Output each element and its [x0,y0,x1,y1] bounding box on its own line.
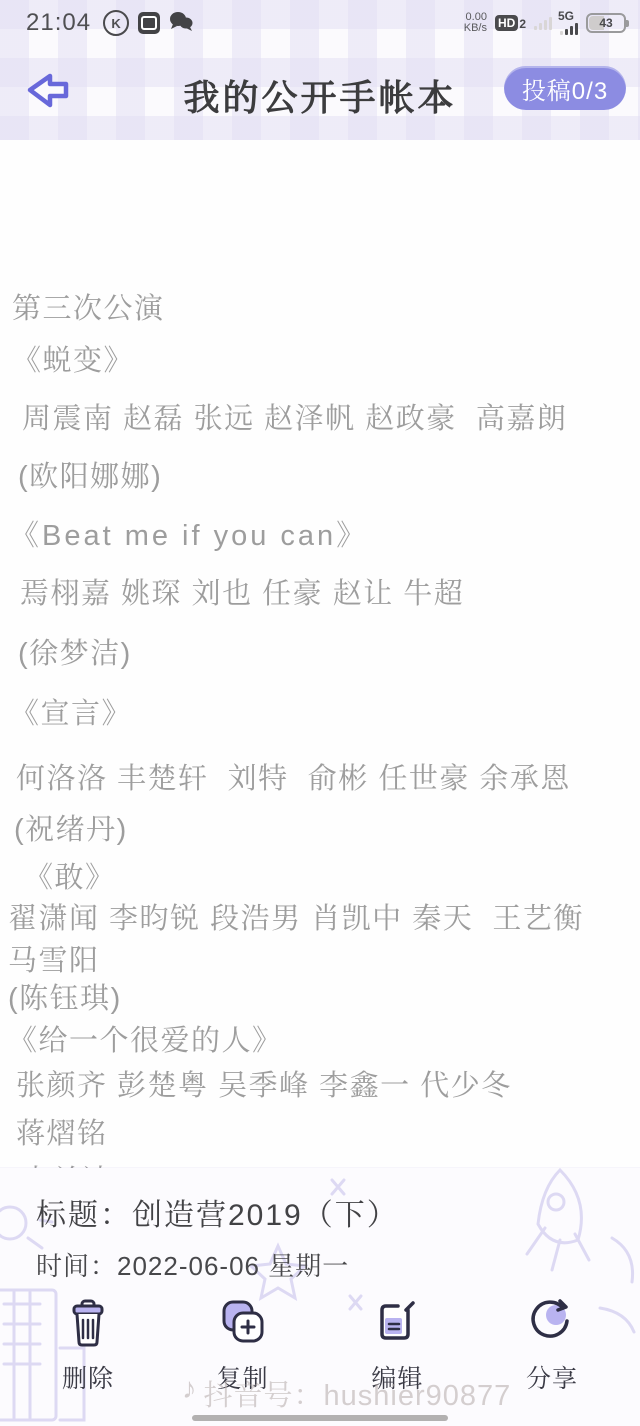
edit-icon [372,1298,422,1351]
note-content: 第三次公演 《蜕变》 周震南 赵磊 张远 赵泽帆 赵政豪 高嘉朗 (欧阳娜娜) … [0,140,640,1168]
app-notification-icon [138,12,160,34]
battery-icon: 43 [586,13,626,33]
wechat-icon [169,10,193,37]
note-line: 《蜕变》 [12,345,134,377]
note-line: (欧阳娜娜) [18,461,162,493]
battery-percent: 43 [588,16,624,30]
edit-button[interactable]: 编辑 [371,1298,423,1395]
note-line: 《给一个很爱的人》 [8,1025,283,1057]
trash-icon [63,1298,113,1351]
clock-time: 21:04 [26,9,91,37]
share-button[interactable]: 分享 [526,1298,578,1395]
signal-sim1-icon [534,16,552,30]
copy-label: 复制 [217,1359,269,1395]
note-line: 蒋熠铭 [16,1118,108,1150]
signal-sim2-icon: 5G [560,11,578,35]
copy-icon [218,1298,268,1351]
network-speed: 0.00 KB/s [464,12,487,34]
note-line: (陈钰琪) [8,983,122,1015]
status-bar: 21:04 K 0.00 KB/s HD 2 5G [0,0,640,46]
note-line: 《宣言》 [10,698,132,730]
note-line: 马雪阳 [8,945,100,977]
note-line: 第三次公演 [12,293,165,325]
note-line: 《敢》 [24,862,116,894]
note-line: 翟潇闻 李昀锐 段浩男 肖凯中 秦天 王艺衡 [8,903,584,935]
note-line: 《Beat me if you can》 [10,520,368,552]
share-icon [527,1298,577,1351]
edit-label: 编辑 [371,1359,423,1395]
hd-voice-icon: HD 2 [495,15,526,31]
note-line: 焉栩嘉 姚琛 刘也 任豪 赵让 牛超 [20,578,464,610]
k-circle-icon: K [103,10,129,36]
note-line: (徐梦洁) [18,638,132,670]
note-line: (祝绪丹) [14,814,128,846]
entry-date: 时间：2022-06-06 星期一 [36,1246,349,1283]
share-label: 分享 [526,1359,578,1395]
bottom-toolbar: 删除 复制 编辑 [0,1298,640,1395]
note-line: 何洛洛 丰楚轩 刘特 俞彬 任世豪 余承恩 [16,763,571,795]
home-indicator[interactable] [192,1415,448,1421]
footer-panel: 标题：创造营2019（下） 时间：2022-06-06 星期一 删除 [0,1168,640,1426]
entry-title: 标题：创造营2019（下） [36,1190,399,1234]
note-line: 周震南 赵磊 张远 赵泽帆 赵政豪 高嘉朗 [22,403,567,435]
note-line: 张颜齐 彭楚粤 吴季峰 李鑫一 代少冬 [16,1070,512,1102]
delete-button[interactable]: 删除 [62,1298,114,1395]
header: 我的公开手帐本 投稿0/3 [0,50,640,140]
submit-button[interactable]: 投稿0/3 [504,66,626,110]
network-type-label: 5G [558,11,574,21]
copy-button[interactable]: 复制 [217,1298,269,1395]
delete-label: 删除 [62,1359,114,1395]
